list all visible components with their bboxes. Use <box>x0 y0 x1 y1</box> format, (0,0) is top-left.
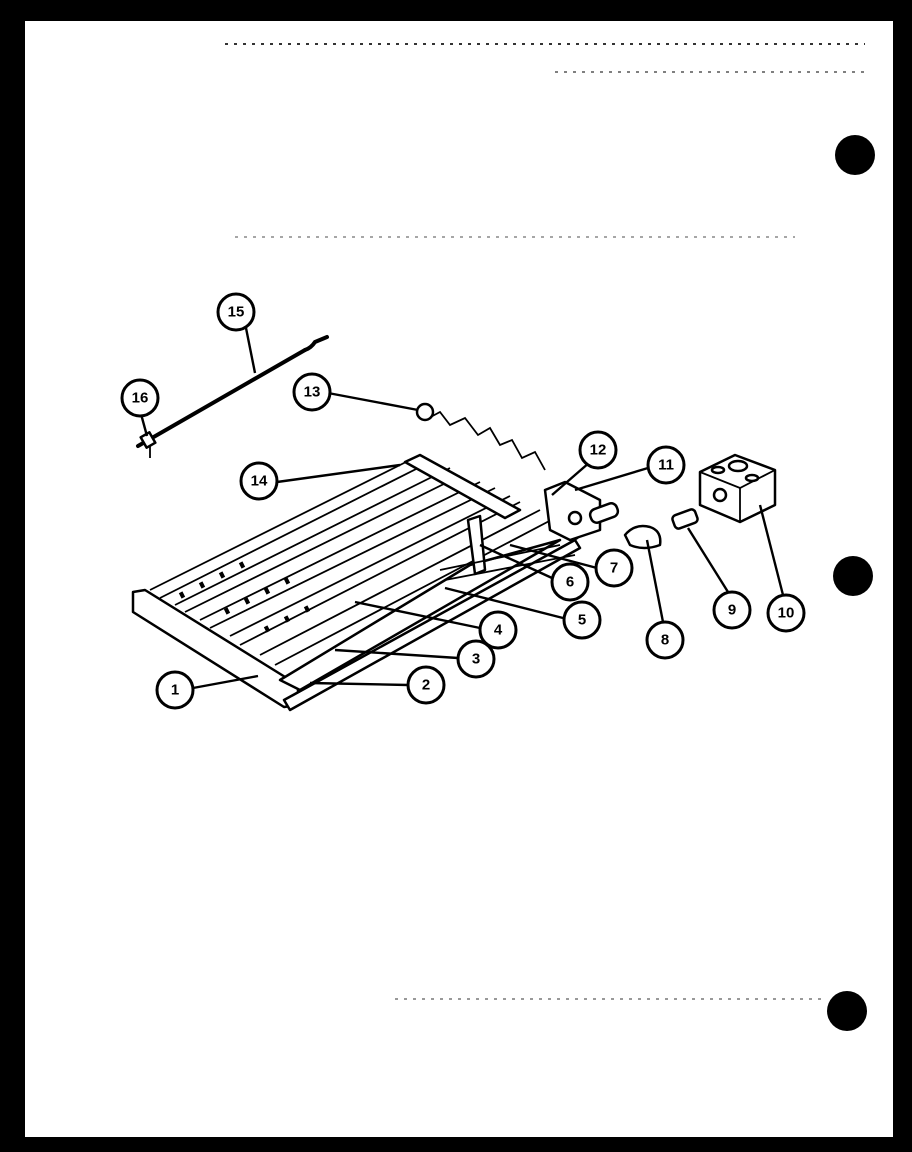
callout-16: 16 <box>122 380 158 416</box>
svg-text:3: 3 <box>472 651 480 668</box>
svg-text:10: 10 <box>778 605 795 622</box>
svg-text:7: 7 <box>610 560 618 577</box>
nipple-part <box>671 508 698 529</box>
callout-8: 8 <box>647 622 683 658</box>
svg-text:16: 16 <box>132 390 149 407</box>
burner-frame <box>133 404 620 710</box>
callout-10: 10 <box>768 595 804 631</box>
svg-text:11: 11 <box>658 457 674 474</box>
svg-text:1: 1 <box>171 682 179 699</box>
svg-text:13: 13 <box>304 384 321 401</box>
callout-11: 11 <box>648 447 684 483</box>
callout-2: 2 <box>408 667 444 703</box>
exploded-parts-diagram: 1 2 3 4 5 6 7 8 9 10 11 12 13 14 15 16 <box>0 0 912 1152</box>
svg-text:8: 8 <box>661 632 669 649</box>
svg-text:9: 9 <box>728 602 736 619</box>
callout-6: 6 <box>552 564 588 600</box>
callout-13: 13 <box>294 374 330 410</box>
callout-9: 9 <box>714 592 750 628</box>
svg-text:5: 5 <box>578 612 586 629</box>
callout-14: 14 <box>241 463 277 499</box>
svg-text:12: 12 <box>590 442 607 459</box>
callout-15: 15 <box>218 294 254 330</box>
svg-text:4: 4 <box>494 622 503 639</box>
svg-text:15: 15 <box>228 304 245 321</box>
callout-7: 7 <box>596 550 632 586</box>
leader-lines <box>141 328 783 688</box>
svg-text:14: 14 <box>251 473 268 490</box>
callout-12: 12 <box>580 432 616 468</box>
svg-text:6: 6 <box>566 574 574 591</box>
callout-5: 5 <box>564 602 600 638</box>
callout-4: 4 <box>480 612 516 648</box>
svg-text:2: 2 <box>422 677 430 694</box>
valve-block-part <box>700 455 775 522</box>
callout-1: 1 <box>157 672 193 708</box>
elbow-part <box>625 526 660 548</box>
